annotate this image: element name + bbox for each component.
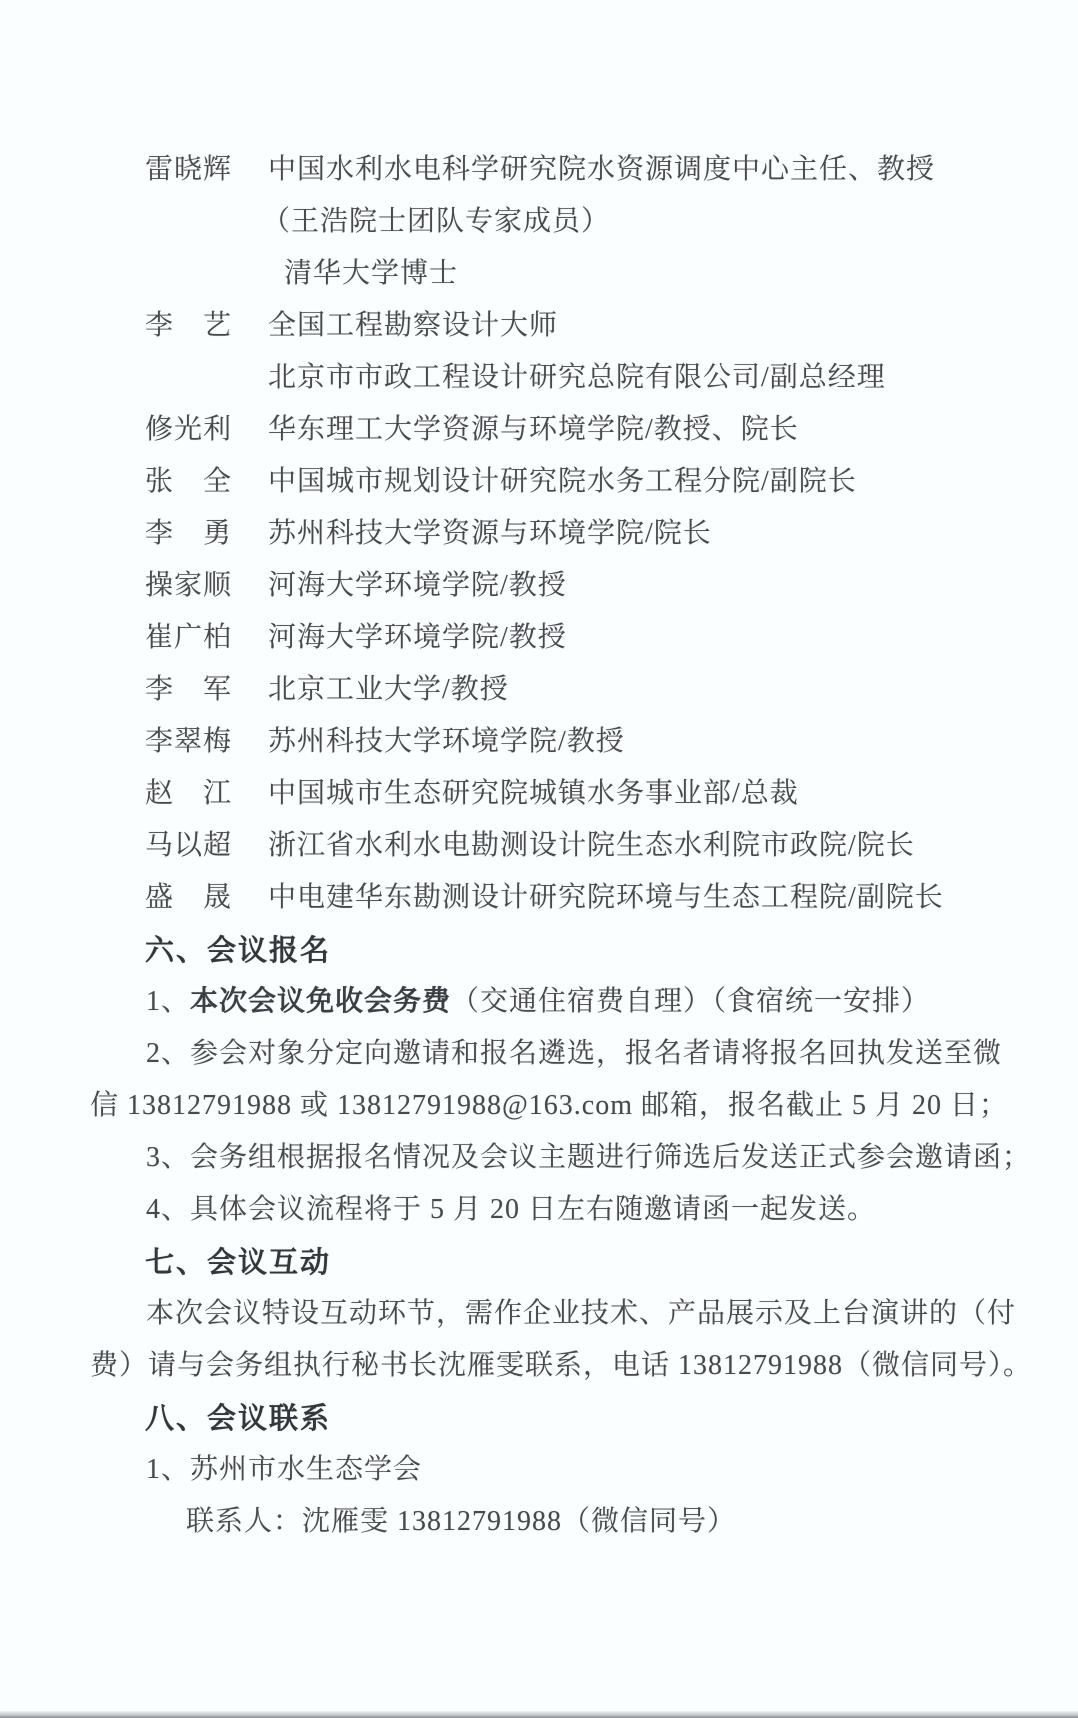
expert-name: 赵 江	[145, 768, 232, 820]
paragraph: 3、会务组根据报名情况及会议主题进行筛选后发送正式参会邀请函；	[90, 1132, 1034, 1184]
expert-row: 张 全 中国城市规划设计研究院水务工程分院/副院长	[90, 456, 1034, 508]
affiliation-line: 北京工业大学/教授	[268, 664, 509, 716]
affiliation-line: 中电建华东勘测设计研究院环境与生态工程院/副院长	[268, 872, 944, 924]
text-run: 3、会务组根据报名情况及会议主题进行筛选后发送正式参会邀请函；	[146, 1142, 1031, 1173]
paragraph: 4、具体会议流程将于 5 月 20 日左右随邀请函一起发送。	[90, 1184, 1034, 1236]
section-heading: 七、会议互动	[90, 1236, 1034, 1288]
text-run: （交通住宿费自理）（食宿统一安排）	[451, 986, 930, 1017]
section-heading: 八、会议联系	[90, 1392, 1034, 1444]
section-list: 六、会议报名 1、本次会议免收会务费（交通住宿费自理）（食宿统一安排）2、参会对…	[90, 924, 1034, 1548]
text-run: 本次会议特设互动环节，需作企业技术、产品展示及上台演讲的（付	[146, 1298, 1016, 1329]
expert-affiliation: 北京工业大学/教授	[268, 664, 509, 716]
text-run: 信 13812791988 或 13812791988@163.com 邮箱，报…	[90, 1090, 1008, 1121]
expert-affiliation: 中国城市规划设计研究院水务工程分院/副院长	[268, 456, 857, 508]
expert-affiliation: 苏州科技大学环境学院/教授	[268, 716, 625, 768]
affiliation-line: 北京市市政工程设计研究总院有限公司/副总经理	[268, 352, 886, 404]
paragraph: 2、参会对象分定向邀请和报名遴选，报名者请将报名回执发送至微信 13812791…	[90, 1028, 1034, 1132]
expert-row: 李 艺 全国工程勘察设计大师北京市市政工程设计研究总院有限公司/副总经理	[90, 300, 1034, 404]
expert-name: 李翠梅	[145, 716, 232, 768]
document-section: 八、会议联系 1、苏州市水生态学会联系人：沈雁雯 13812791988（微信同…	[90, 1392, 1034, 1548]
expert-affiliation: 中电建华东勘测设计研究院环境与生态工程院/副院长	[268, 872, 944, 924]
affiliation-line: 浙江省水利水电勘测设计院生态水利院市政院/院长	[268, 820, 915, 872]
section-paragraphs: 1、苏州市水生态学会联系人：沈雁雯 13812791988（微信同号）	[90, 1444, 1034, 1548]
expert-row: 崔广柏 河海大学环境学院/教授	[90, 612, 1034, 664]
text-run: 2、参会对象分定向邀请和报名遴选，报名者请将报名回执发送至微	[146, 1038, 1002, 1069]
emphasized-text: 本次会议免收会务费	[190, 986, 451, 1017]
affiliation-line: 苏州科技大学环境学院/教授	[268, 716, 625, 768]
paragraph: 1、本次会议免收会务费（交通住宿费自理）（食宿统一安排）	[90, 976, 1034, 1028]
affiliation-line: 苏州科技大学资源与环境学院/院长	[268, 508, 712, 560]
expert-name: 李 军	[145, 664, 232, 716]
expert-row: 雷晓辉 中国水利水电科学研究院水资源调度中心主任、教授（王浩院士团队专家成员）清…	[90, 144, 1034, 300]
expert-list: 雷晓辉 中国水利水电科学研究院水资源调度中心主任、教授（王浩院士团队专家成员）清…	[90, 144, 1034, 924]
expert-row: 李 军 北京工业大学/教授	[90, 664, 1034, 716]
affiliation-line: （王浩院士团队专家成员）	[262, 196, 935, 248]
affiliation-line: 河海大学环境学院/教授	[268, 560, 567, 612]
expert-name: 盛 晟	[145, 872, 232, 924]
expert-name: 张 全	[145, 456, 232, 508]
paragraph: 联系人：沈雁雯 13812791988（微信同号）	[90, 1496, 1034, 1548]
affiliation-line: 中国城市规划设计研究院水务工程分院/副院长	[268, 456, 857, 508]
affiliation-line: 河海大学环境学院/教授	[268, 612, 567, 664]
expert-name: 崔广柏	[145, 612, 232, 664]
affiliation-line: 清华大学博士	[284, 248, 935, 300]
expert-affiliation: 浙江省水利水电勘测设计院生态水利院市政院/院长	[268, 820, 915, 872]
expert-affiliation: 河海大学环境学院/教授	[268, 560, 567, 612]
expert-affiliation: 河海大学环境学院/教授	[268, 612, 567, 664]
document-content: 雷晓辉 中国水利水电科学研究院水资源调度中心主任、教授（王浩院士团队专家成员）清…	[90, 144, 1034, 1548]
expert-affiliation: 全国工程勘察设计大师北京市市政工程设计研究总院有限公司/副总经理	[268, 300, 886, 404]
expert-name: 操家顺	[145, 560, 232, 612]
expert-row: 赵 江 中国城市生态研究院城镇水务事业部/总裁	[90, 768, 1034, 820]
affiliation-line: 华东理工大学资源与环境学院/教授、院长	[268, 404, 799, 456]
document-section: 六、会议报名 1、本次会议免收会务费（交通住宿费自理）（食宿统一安排）2、参会对…	[90, 924, 1034, 1236]
section-heading: 六、会议报名	[90, 924, 1034, 976]
expert-affiliation: 中国水利水电科学研究院水资源调度中心主任、教授（王浩院士团队专家成员）清华大学博…	[268, 144, 935, 300]
expert-name: 修光利	[145, 404, 232, 456]
affiliation-line: 中国水利水电科学研究院水资源调度中心主任、教授	[268, 144, 935, 196]
expert-row: 盛 晟 中电建华东勘测设计研究院环境与生态工程院/副院长	[90, 872, 1034, 924]
expert-name: 马以超	[145, 820, 232, 872]
text-run: 费）请与会务组执行秘书长沈雁雯联系，电话 13812791988（微信同号）。	[90, 1350, 1032, 1381]
scan-bottom-edge-shadow	[0, 1711, 1078, 1718]
paragraph: 本次会议特设互动环节，需作企业技术、产品展示及上台演讲的（付费）请与会务组执行秘…	[90, 1288, 1034, 1392]
text-run: 1、苏州市水生态学会	[146, 1454, 422, 1485]
paragraph: 1、苏州市水生态学会	[90, 1444, 1034, 1496]
expert-name: 雷晓辉	[145, 144, 232, 196]
affiliation-line: 中国城市生态研究院城镇水务事业部/总裁	[268, 768, 799, 820]
expert-row: 马以超 浙江省水利水电勘测设计院生态水利院市政院/院长	[90, 820, 1034, 872]
affiliation-line: 全国工程勘察设计大师	[268, 300, 886, 352]
document-page: 雷晓辉 中国水利水电科学研究院水资源调度中心主任、教授（王浩院士团队专家成员）清…	[0, 0, 1078, 1718]
expert-name: 李 勇	[145, 508, 232, 560]
expert-affiliation: 中国城市生态研究院城镇水务事业部/总裁	[268, 768, 799, 820]
text-run: 4、具体会议流程将于 5 月 20 日左右随邀请函一起发送。	[146, 1194, 876, 1225]
expert-row: 李 勇 苏州科技大学资源与环境学院/院长	[90, 508, 1034, 560]
expert-name: 李 艺	[145, 300, 232, 352]
expert-row: 操家顺 河海大学环境学院/教授	[90, 560, 1034, 612]
text-run: 1、	[146, 986, 190, 1017]
expert-affiliation: 华东理工大学资源与环境学院/教授、院长	[268, 404, 799, 456]
expert-row: 李翠梅 苏州科技大学环境学院/教授	[90, 716, 1034, 768]
section-paragraphs: 1、本次会议免收会务费（交通住宿费自理）（食宿统一安排）2、参会对象分定向邀请和…	[90, 976, 1034, 1236]
section-paragraphs: 本次会议特设互动环节，需作企业技术、产品展示及上台演讲的（付费）请与会务组执行秘…	[90, 1288, 1034, 1392]
expert-row: 修光利 华东理工大学资源与环境学院/教授、院长	[90, 404, 1034, 456]
document-section: 七、会议互动 本次会议特设互动环节，需作企业技术、产品展示及上台演讲的（付费）请…	[90, 1236, 1034, 1392]
text-run: 联系人：沈雁雯 13812791988（微信同号）	[186, 1506, 736, 1537]
expert-affiliation: 苏州科技大学资源与环境学院/院长	[268, 508, 712, 560]
